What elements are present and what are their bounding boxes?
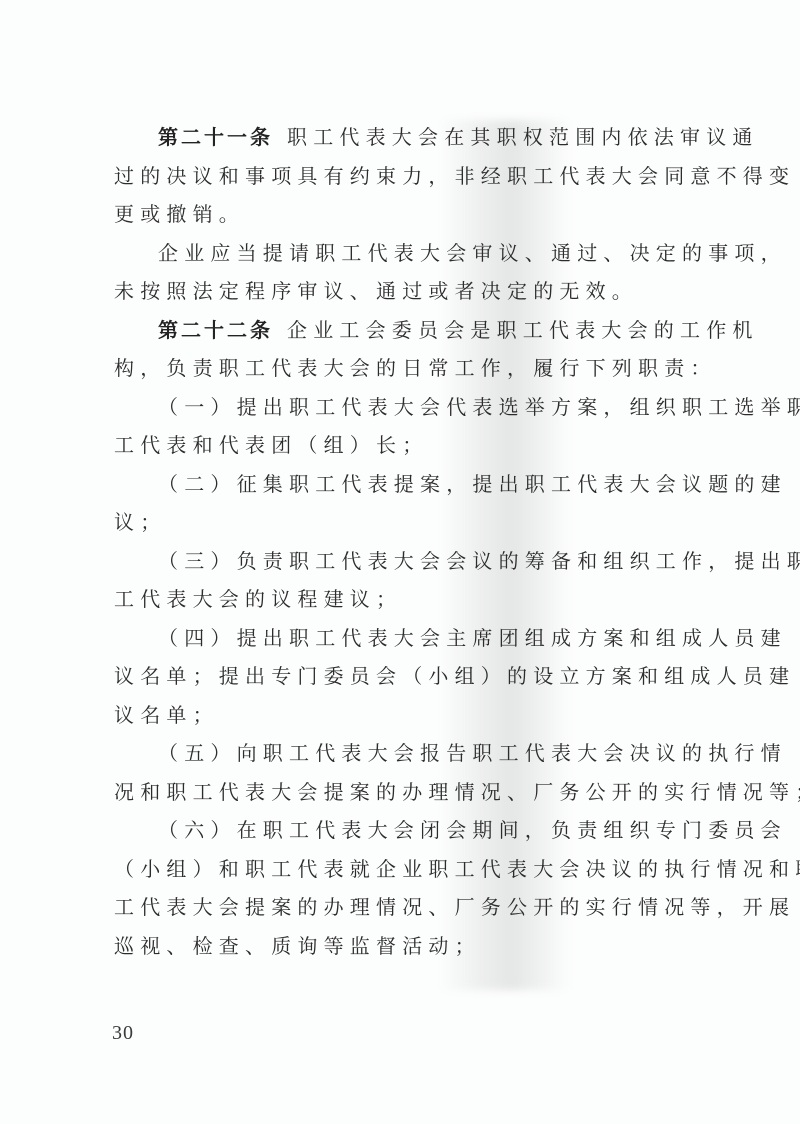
item-5-line-1: （五）向职工代表大会报告职工代表大会决议的执行情 <box>114 734 704 773</box>
item-6-line-1: （六）在职工代表大会闭会期间，负责组织专门委员会 <box>114 811 704 850</box>
document-body: 第二十一条职工代表大会在其职权范围内依法审议通 过的决议和事项具有约束力，非经职… <box>114 118 704 965</box>
item-1-line-1: （一）提出职工代表大会代表选举方案，组织职工选举职 <box>114 388 704 427</box>
item-6-line-2: （小组）和职工代表就企业职工代表大会决议的执行情况和职 <box>114 850 704 889</box>
article-22-line-2: 构，负责职工代表大会的日常工作，履行下列职责： <box>114 349 704 388</box>
item-2-line-1: （二）征集职工代表提案，提出职工代表大会议题的建 <box>114 465 704 504</box>
item-5-line-2: 况和职工代表大会提案的办理情况、厂务公开的实行情况等； <box>114 773 704 812</box>
document-page: 第二十一条职工代表大会在其职权范围内依法审议通 过的决议和事项具有约束力，非经职… <box>0 0 800 1124</box>
item-6-line-3: 工代表大会提案的办理情况、厂务公开的实行情况等，开展 <box>114 888 704 927</box>
page-number: 30 <box>112 1022 134 1045</box>
article-21-line-1: 第二十一条职工代表大会在其职权范围内依法审议通 <box>114 118 704 157</box>
article-22-line-1: 第二十二条企业工会委员会是职工代表大会的工作机 <box>114 311 704 350</box>
item-3-line-1: （三）负责职工代表大会会议的筹备和组织工作，提出职 <box>114 542 704 581</box>
paragraph-invalid-line-1: 企业应当提请职工代表大会审议、通过、决定的事项， <box>114 234 704 273</box>
paragraph-invalid-line-2: 未按照法定程序审议、通过或者决定的无效。 <box>114 272 704 311</box>
article-21-line-3: 更或撤销。 <box>114 195 704 234</box>
article-21-title: 第二十一条 <box>158 125 273 149</box>
item-3-line-2: 工代表大会的议程建议； <box>114 580 704 619</box>
article-22-title: 第二十二条 <box>158 318 273 342</box>
item-4-line-1: （四）提出职工代表大会主席团组成方案和组成人员建 <box>114 619 704 658</box>
item-1-line-2: 工代表和代表团（组）长； <box>114 426 704 465</box>
article-21-line-2: 过的决议和事项具有约束力，非经职工代表大会同意不得变 <box>114 157 704 196</box>
item-4-line-2: 议名单；提出专门委员会（小组）的设立方案和组成人员建 <box>114 657 704 696</box>
item-4-line-3: 议名单； <box>114 696 704 735</box>
item-6-line-4: 巡视、检查、质询等监督活动； <box>114 927 704 966</box>
item-2-line-2: 议； <box>114 503 704 542</box>
